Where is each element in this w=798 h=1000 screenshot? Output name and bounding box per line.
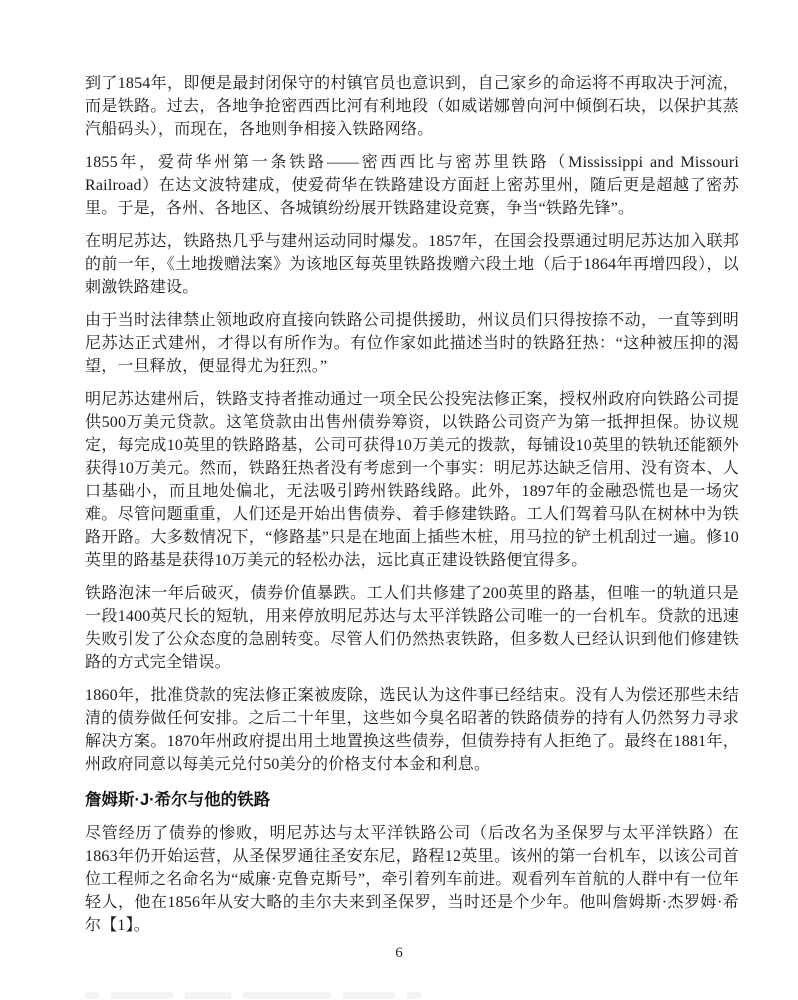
- paragraph: 铁路泡沫一年后破灭，债券价值暴跌。工人们共修建了200英里的路基，但唯一的轨道只…: [85, 582, 739, 674]
- paragraph: 到了1854年，即便是最封闭保守的村镇官员也意识到，自己家乡的命运将不再取决于河…: [85, 72, 739, 141]
- paragraph: 1855年，爱荷华州第一条铁路——密西西比与密苏里铁路（Mississippi …: [85, 151, 739, 220]
- page-number: 6: [0, 944, 798, 962]
- paragraph: 在明尼苏达，铁路热几乎与建州运动同时爆发。1857年，在国会投票通过明尼苏达加入…: [85, 230, 739, 299]
- paragraph: 1860年，批准贷款的宪法修正案被废除，选民认为这件事已经结束。没有人为偿还那些…: [85, 684, 739, 776]
- scan-artifact-blot: [185, 992, 231, 999]
- paragraph: 明尼苏达建州后，铁路支持者推动通过一项全民公投宪法修正案，授权州政府向铁路公司提…: [85, 388, 739, 572]
- paragraph: 尽管经历了债券的惨败，明尼苏达与太平洋铁路公司（后改名为圣保罗与太平洋铁路）在1…: [85, 822, 739, 937]
- scan-artifact-row: [85, 991, 421, 999]
- text-content: 到了1854年，即便是最封闭保守的村镇官员也意识到，自己家乡的命运将不再取决于河…: [85, 72, 739, 947]
- paragraph: 由于当时法律禁止领地政府直接向铁路公司提供援助，州议员们只得按捺不动，一直等到明…: [85, 309, 739, 378]
- scan-artifact-blot: [111, 992, 173, 999]
- scan-artifact-blot: [243, 992, 331, 999]
- scan-artifact-blot: [407, 992, 421, 999]
- scan-artifact-blot: [85, 992, 99, 999]
- book-page: 到了1854年，即便是最封闭保守的村镇官员也意识到，自己家乡的命运将不再取决于河…: [0, 0, 798, 1000]
- section-heading: 詹姆斯·J·希尔与他的铁路: [85, 788, 739, 812]
- scan-artifact-blot: [343, 992, 395, 999]
